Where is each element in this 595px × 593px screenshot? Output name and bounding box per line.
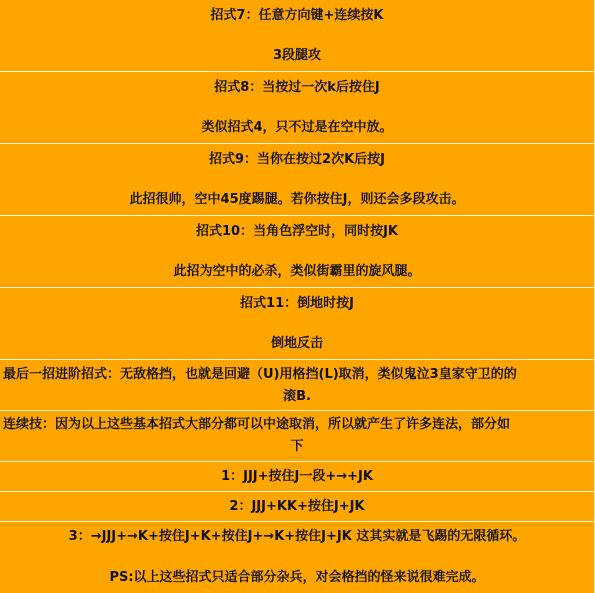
combo-row-2: 2：JJJ+KK+按住J+JK — [0, 492, 594, 522]
move-row-9: 招式9：当你在按过2次K后按J 此招很帅，空中45度踢腿。若你按住J，则还会多段… — [0, 144, 594, 216]
move-description: 此招很帅，空中45度踢腿。若你按住J，则还会多段攻击。 — [0, 192, 594, 208]
ps-note: PS:以上这些招式只适合部分杂兵，对会格挡的怪来说很难完成。 — [0, 570, 594, 586]
move-row-10: 招式10：当角色浮空时，同时按JK 此招为空中的必杀，类似街霸里的旋风腿。 — [0, 216, 594, 288]
move-row-11: 招式11：倒地时按J 倒地反击 — [0, 288, 594, 360]
combo-text: 2：JJJ+KK+按住J+JK — [0, 499, 594, 515]
combo-text: 3：→JJJ+→K+按住J+K+按住J+→K+按住J+JK 这其实就是飞踢的无限… — [0, 529, 594, 545]
combo-intro-row: 连续技：因为以上这些基本招式大部分都可以中途取消，所以就产生了许多连法，部分如 … — [0, 411, 594, 462]
advanced-move-text-cont: 滚B. — [0, 389, 594, 405]
advanced-move-row: 最后一招进阶招式：无敌格挡，也就是回避（U)用格挡(L)取消，类似鬼泣3皇家守卫… — [0, 360, 594, 411]
move-row-8: 招式8：当按过一次k后按住J 类似招式4，只不过是在空中放。 — [0, 72, 594, 144]
combo-row-3: 3：→JJJ+→K+按住J+K+按住J+→K+按住J+JK 这其实就是飞踢的无限… — [0, 522, 594, 593]
combo-text: 1：JJJ+按住J一段+→+JK — [0, 469, 594, 485]
move-title: 招式10：当角色浮空时，同时按JK — [0, 224, 594, 240]
move-title: 招式7：任意方向键+连续按K — [0, 8, 594, 24]
combo-row-1: 1：JJJ+按住J一段+→+JK — [0, 462, 594, 492]
moves-table: 招式7：任意方向键+连续按K 3段腿攻 招式8：当按过一次k后按住J 类似招式4… — [0, 0, 595, 593]
advanced-move-text: 最后一招进阶招式：无敌格挡，也就是回避（U)用格挡(L)取消，类似鬼泣3皇家守卫… — [3, 367, 591, 383]
move-row-7: 招式7：任意方向键+连续按K 3段腿攻 — [0, 0, 594, 72]
combo-intro-text: 连续技：因为以上这些基本招式大部分都可以中途取消，所以就产生了许多连法，部分如 — [3, 417, 591, 433]
move-title: 招式11：倒地时按J — [0, 296, 594, 312]
move-description: 此招为空中的必杀，类似街霸里的旋风腿。 — [0, 264, 594, 280]
combo-intro-text-cont: 下 — [0, 439, 594, 455]
move-description: 3段腿攻 — [0, 48, 594, 64]
move-description: 倒地反击 — [0, 336, 594, 352]
move-title: 招式8：当按过一次k后按住J — [0, 80, 594, 96]
move-title: 招式9：当你在按过2次K后按J — [0, 152, 594, 168]
move-description: 类似招式4，只不过是在空中放。 — [0, 120, 594, 136]
